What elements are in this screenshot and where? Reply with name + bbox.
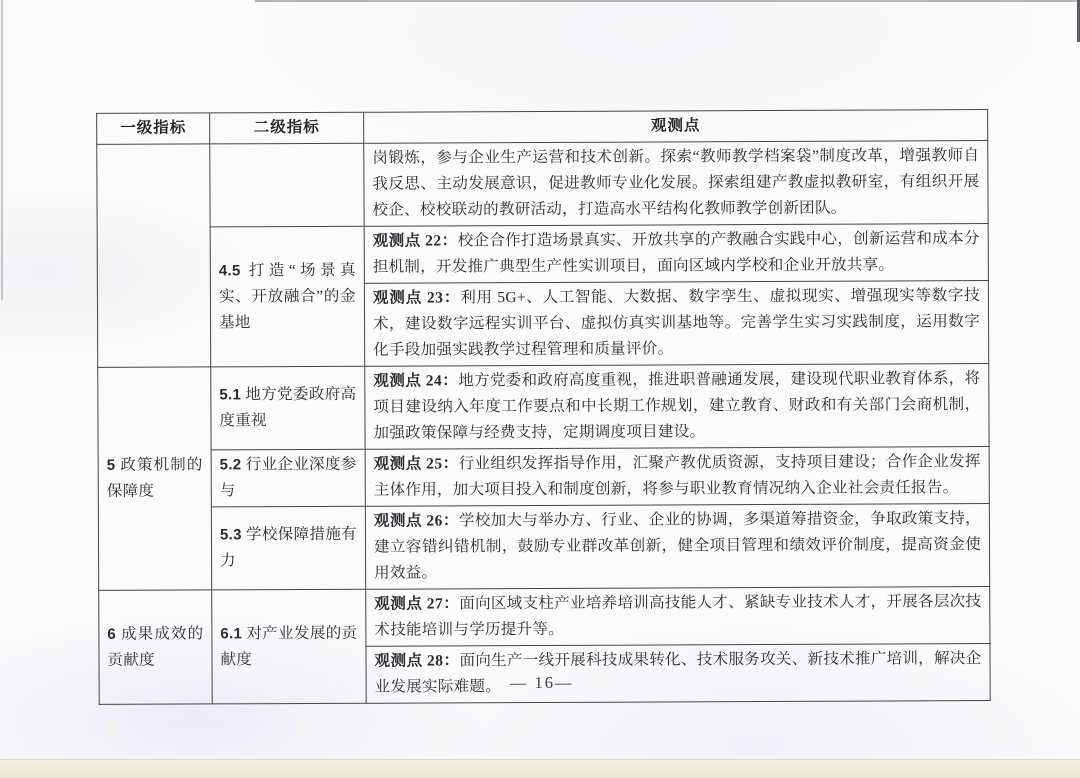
observation-22-text: 校企合作打造场景真实、开放共享的产教融合实践中心，创新运营和成本分担机制，开发推… [373,230,980,276]
observation-23-label: 观测点 23： [373,289,460,306]
indicator51-number: 5.1 [219,386,241,403]
observation-24-label: 观测点 24： [373,372,458,389]
cell-level2-indicator53: 5.3 学校保障措施有力 [211,506,365,590]
header-level1-indicator: 一级指标 [97,113,210,144]
cell-level2-indicator52: 5.2 行业企业深度参与 [211,449,365,507]
page-content: 一级指标 二级指标 观测点 岗锻炼，参与企业生产运营和技术创新。探索“教师教学档… [0,0,1080,778]
indicator45-number: 4.5 [219,262,241,279]
observation-26-label: 观测点 26： [374,512,459,529]
cell-observation-25: 观测点 25：行业组织发挥指导作用，汇聚产教优质资源，支持项目建设；合作企业发挥… [365,447,989,507]
observation-27-text: 面向区域支柱产业培养培训高技能人才、紧缺专业技术人才，开展各层次技术技能培训与学… [374,593,981,639]
header-level2-indicator: 二级指标 [210,112,364,144]
observation-27-label: 观测点 27： [374,595,459,612]
scanned-page: 一级指标 二级指标 观测点 岗锻炼，参与企业生产运营和技术创新。探索“教师教学档… [0,0,1080,778]
indicator6-name: 成果成效的贡献度 [107,625,203,668]
cell-observation-22: 观测点 22：校企合作打造场景真实、开放共享的产教融合实践中心，创新运营和成本分… [364,224,988,284]
observation-continuation-text: 岗锻炼，参与企业生产运营和技术创新。探索“教师教学档案袋”制度改革，增强教师自我… [372,147,979,219]
table-row-obs27: 6 成果成效的贡献度 6.1 对产业发展的贡献度 观测点 27：面向区域支柱产业… [99,587,990,648]
indicator53-number: 5.3 [220,526,242,543]
observation-22-label: 观测点 22： [373,232,458,249]
indicator6-number: 6 [107,625,116,642]
cell-observation-27: 观测点 27：面向区域支柱产业培养培训高技能人才、紧缺专业技术人才，开展各层次技… [366,587,990,647]
table-row-obs26: 5.3 学校保障措施有力 观测点 26：学校加大与举办方、行业、企业的协调，多渠… [98,504,989,591]
cell-level2-indicator51: 5.1 地方党委政府高度重视 [211,366,365,450]
table-row-obs22: 4.5 打造“场景真实、开放融合”的金基地 观测点 22：校企合作打造场景真实、… [97,224,988,285]
observation-25-label: 观测点 25： [374,455,459,472]
observation-26-text: 学校加大与举办方、行业、企业的协调，多渠道筹措资金，争取政策支持，建立容错纠错机… [374,510,981,582]
cell-level1-indicator5: 5 政策机制的保障度 [98,367,212,590]
cell-level1-indicator4-empty [97,144,211,367]
observation-24-text: 地方党委和政府高度重视，推进职普融通发展，建设现代职业教育体系，将项目建设纳入年… [373,370,980,442]
indicator52-number: 5.2 [220,456,242,473]
table-row-obs24: 5 政策机制的保障度 5.1 地方党委政府高度重视 观测点 24：地方党委和政府… [98,364,989,451]
cell-observation-continuation: 岗锻炼，参与企业生产运营和技术创新。探索“教师教学档案袋”制度改革，增强教师自我… [364,141,988,227]
cell-level2-indicator45: 4.5 打造“场景真实、开放融合”的金基地 [210,226,365,367]
table-row-continuation: 岗锻炼，参与企业生产运营和技术创新。探索“教师教学档案袋”制度改革，增强教师自我… [97,141,988,228]
scan-bottom-band [0,759,1080,778]
cell-observation-26: 观测点 26：学校加大与举办方、行业、企业的协调，多渠道筹措资金，争取政策支持，… [365,504,989,590]
cell-observation-24: 观测点 24：地方党委和政府高度重视，推进职普融通发展，建设现代职业教育体系，将… [365,364,989,450]
indicator-table: 一级指标 二级指标 观测点 岗锻炼，参与企业生产运营和技术创新。探索“教师教学档… [96,109,991,705]
indicator5-number: 5 [107,457,116,474]
indicator5-name: 政策机制的保障度 [107,456,203,499]
observation-25-text: 行业组织发挥指导作用，汇聚产教优质资源，支持项目建设；合作企业发挥主体作用，加大… [374,453,981,499]
table-row-obs25: 5.2 行业企业深度参与 观测点 25：行业组织发挥指导作用，汇聚产教优质资源，… [98,447,989,508]
cell-level2-indicator44-empty [210,143,364,227]
cell-observation-23: 观测点 23：利用 5G+、人工智能、大数据、数字孪生、虚拟现实、增强现实等数字… [364,281,988,367]
observation-28-label: 观测点 28： [374,652,459,669]
indicator61-number: 6.1 [220,625,242,642]
observation-23-text: 利用 5G+、人工智能、大数据、数字孪生、虚拟现实、增强现实等数字技术，建设数字… [373,287,980,359]
table-header-row: 一级指标 二级指标 观测点 [97,110,988,145]
header-observation-point: 观测点 [364,110,988,144]
